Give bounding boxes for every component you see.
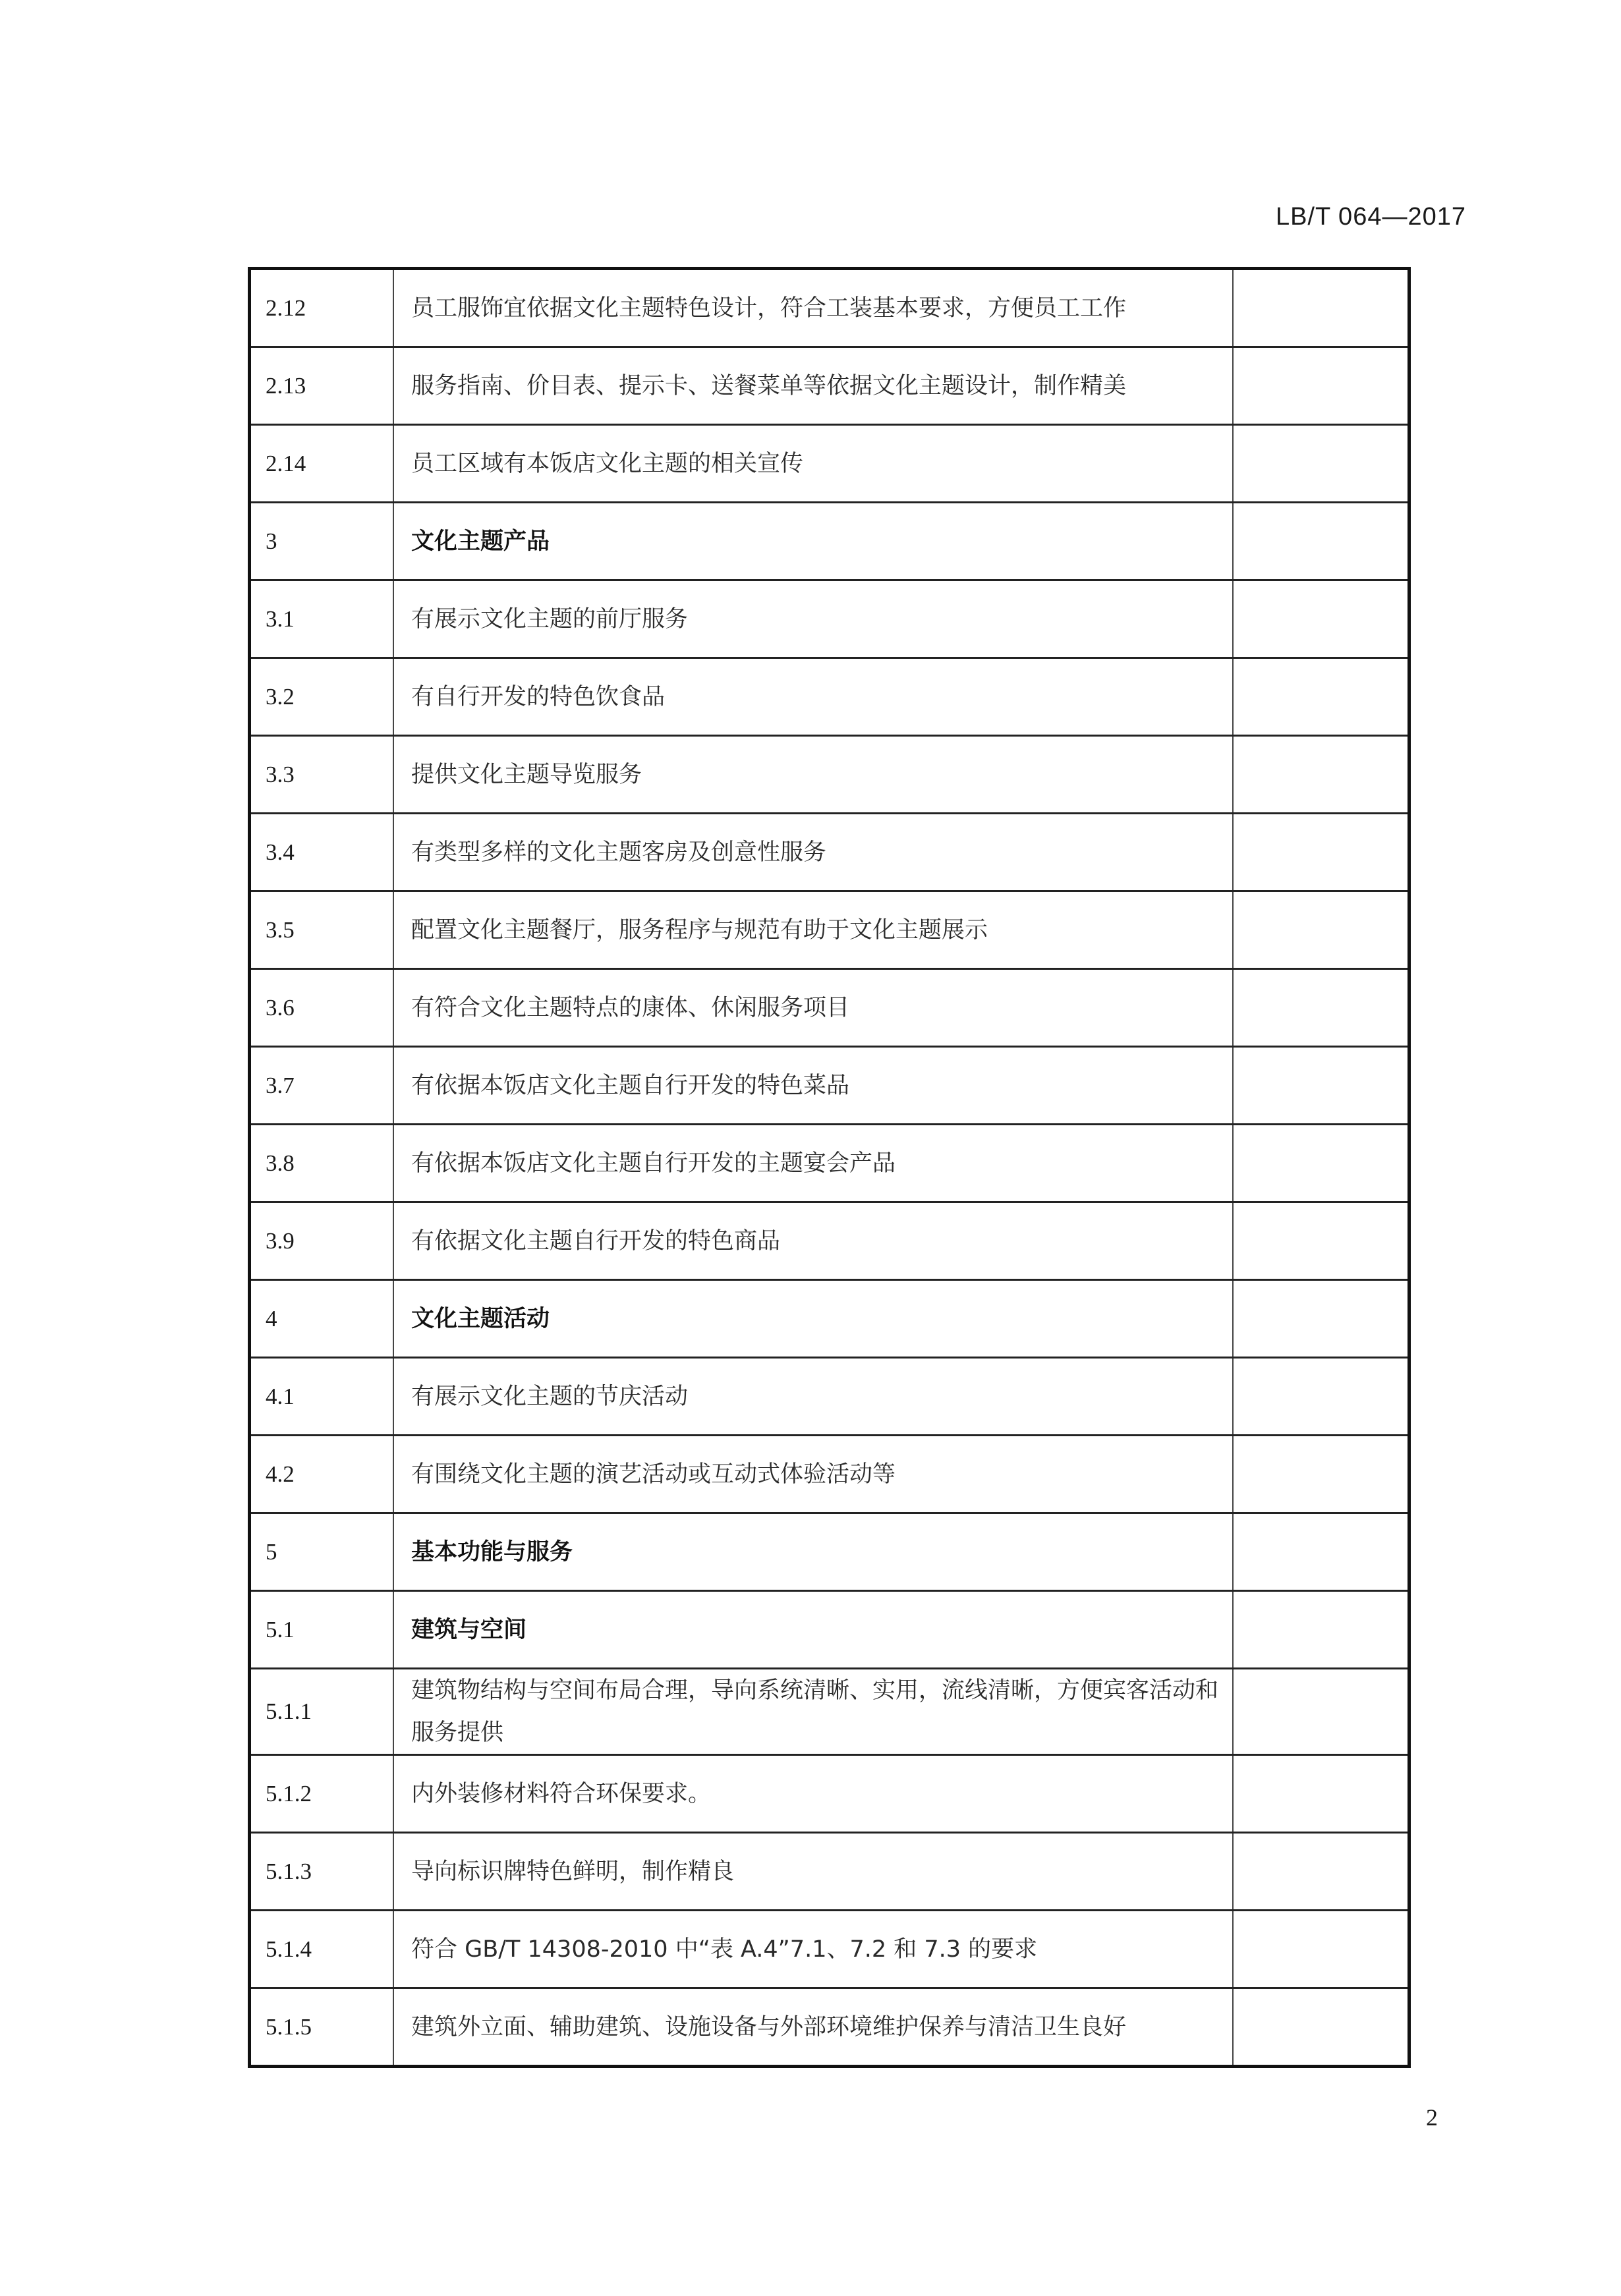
section-row: 5.1建筑与空间 [250,1591,1409,1669]
score-cell [1233,969,1409,1047]
item-number: 3.9 [250,1202,393,1280]
item-content: 有依据本饭店文化主题自行开发的主题宴会产品 [393,1125,1233,1202]
score-cell [1233,658,1409,736]
table-row: 3.9有依据文化主题自行开发的特色商品 [250,1202,1409,1280]
score-cell [1233,1358,1409,1436]
item-number: 2.12 [250,269,393,347]
section-title: 基本功能与服务 [393,1513,1233,1591]
table-row: 3.3提供文化主题导览服务 [250,736,1409,814]
item-number: 3.4 [250,814,393,891]
score-cell [1233,1911,1409,1988]
section-title: 文化主题活动 [393,1280,1233,1358]
score-cell [1233,1125,1409,1202]
score-cell [1233,1513,1409,1591]
score-cell [1233,1280,1409,1358]
item-number: 3.2 [250,658,393,736]
table-row: 3.7有依据本饭店文化主题自行开发的特色菜品 [250,1047,1409,1125]
item-content: 员工区域有本饭店文化主题的相关宣传 [393,425,1233,503]
item-number: 5.1.5 [250,1988,393,2067]
evaluation-table: 2.12员工服饰宜依据文化主题特色设计，符合工装基本要求，方便员工工作2.13服… [248,267,1411,2068]
item-content: 有类型多样的文化主题客房及创意性服务 [393,814,1233,891]
table-row: 2.13服务指南、价目表、提示卡、送餐菜单等依据文化主题设计，制作精美 [250,347,1409,425]
item-content: 有展示文化主题的前厅服务 [393,580,1233,658]
table-row: 5.1.1建筑物结构与空间布局合理，导向系统清晰、实用，流线清晰，方便宾客活动和… [250,1669,1409,1755]
section-row: 3文化主题产品 [250,503,1409,580]
table-row: 3.5配置文化主题餐厅，服务程序与规范有助于文化主题展示 [250,891,1409,969]
item-content: 配置文化主题餐厅，服务程序与规范有助于文化主题展示 [393,891,1233,969]
item-content: 员工服饰宜依据文化主题特色设计，符合工装基本要求，方便员工工作 [393,269,1233,347]
section-title: 建筑与空间 [393,1591,1233,1669]
item-content: 有符合文化主题特点的康体、休闲服务项目 [393,969,1233,1047]
table-row: 3.6有符合文化主题特点的康体、休闲服务项目 [250,969,1409,1047]
score-cell [1233,269,1409,347]
item-content: 建筑外立面、辅助建筑、设施设备与外部环境维护保养与清洁卫生良好 [393,1988,1233,2067]
score-cell [1233,1669,1409,1755]
item-content: 导向标识牌特色鲜明，制作精良 [393,1833,1233,1911]
item-number: 3.3 [250,736,393,814]
evaluation-table-body: 2.12员工服饰宜依据文化主题特色设计，符合工装基本要求，方便员工工作2.13服… [250,269,1409,2067]
item-number: 3.5 [250,891,393,969]
item-number: 3.7 [250,1047,393,1125]
item-content: 有依据文化主题自行开发的特色商品 [393,1202,1233,1280]
section-row: 4文化主题活动 [250,1280,1409,1358]
item-number: 3.1 [250,580,393,658]
table-row: 4.2有围绕文化主题的演艺活动或互动式体验活动等 [250,1436,1409,1513]
item-number: 5.1.2 [250,1755,393,1833]
score-cell [1233,425,1409,503]
item-number: 5.1.4 [250,1911,393,1988]
section-row: 5基本功能与服务 [250,1513,1409,1591]
item-number: 2.13 [250,347,393,425]
score-cell [1233,1202,1409,1280]
score-cell [1233,580,1409,658]
table-row: 2.12员工服饰宜依据文化主题特色设计，符合工装基本要求，方便员工工作 [250,269,1409,347]
item-content: 建筑物结构与空间布局合理，导向系统清晰、实用，流线清晰，方便宾客活动和服务提供 [393,1669,1233,1755]
item-content: 符合 GB/T 14308-2010 中“表 A.4”7.1、7.2 和 7.3… [393,1911,1233,1988]
table-row: 3.8有依据本饭店文化主题自行开发的主题宴会产品 [250,1125,1409,1202]
table-row: 5.1.4符合 GB/T 14308-2010 中“表 A.4”7.1、7.2 … [250,1911,1409,1988]
table-row: 3.1有展示文化主题的前厅服务 [250,580,1409,658]
item-number: 5.1 [250,1591,393,1669]
score-cell [1233,1833,1409,1911]
table-row: 3.2有自行开发的特色饮食品 [250,658,1409,736]
item-number: 4.2 [250,1436,393,1513]
score-cell [1233,1591,1409,1669]
table-row: 4.1有展示文化主题的节庆活动 [250,1358,1409,1436]
score-cell [1233,1047,1409,1125]
standard-code: LB/T 064—2017 [1276,203,1466,231]
item-number: 4 [250,1280,393,1358]
item-content: 有展示文化主题的节庆活动 [393,1358,1233,1436]
item-number: 2.14 [250,425,393,503]
table-row: 5.1.2内外装修材料符合环保要求。 [250,1755,1409,1833]
item-number: 5.1.1 [250,1669,393,1755]
item-number: 5 [250,1513,393,1591]
item-content: 有围绕文化主题的演艺活动或互动式体验活动等 [393,1436,1233,1513]
item-content: 有自行开发的特色饮食品 [393,658,1233,736]
item-content: 服务指南、价目表、提示卡、送餐菜单等依据文化主题设计，制作精美 [393,347,1233,425]
score-cell [1233,1755,1409,1833]
score-cell [1233,347,1409,425]
table-row: 5.1.5建筑外立面、辅助建筑、设施设备与外部环境维护保养与清洁卫生良好 [250,1988,1409,2067]
item-number: 3 [250,503,393,580]
item-content: 内外装修材料符合环保要求。 [393,1755,1233,1833]
table-row: 5.1.3导向标识牌特色鲜明，制作精良 [250,1833,1409,1911]
section-title: 文化主题产品 [393,503,1233,580]
table-row: 2.14员工区域有本饭店文化主题的相关宣传 [250,425,1409,503]
item-content: 有依据本饭店文化主题自行开发的特色菜品 [393,1047,1233,1125]
score-cell [1233,1988,1409,2067]
score-cell [1233,1436,1409,1513]
score-cell [1233,891,1409,969]
score-cell [1233,736,1409,814]
item-number: 3.6 [250,969,393,1047]
page-number: 2 [1426,2104,1438,2131]
item-number: 3.8 [250,1125,393,1202]
table-row: 3.4有类型多样的文化主题客房及创意性服务 [250,814,1409,891]
item-number: 4.1 [250,1358,393,1436]
item-number: 5.1.3 [250,1833,393,1911]
item-content: 提供文化主题导览服务 [393,736,1233,814]
score-cell [1233,503,1409,580]
score-cell [1233,814,1409,891]
